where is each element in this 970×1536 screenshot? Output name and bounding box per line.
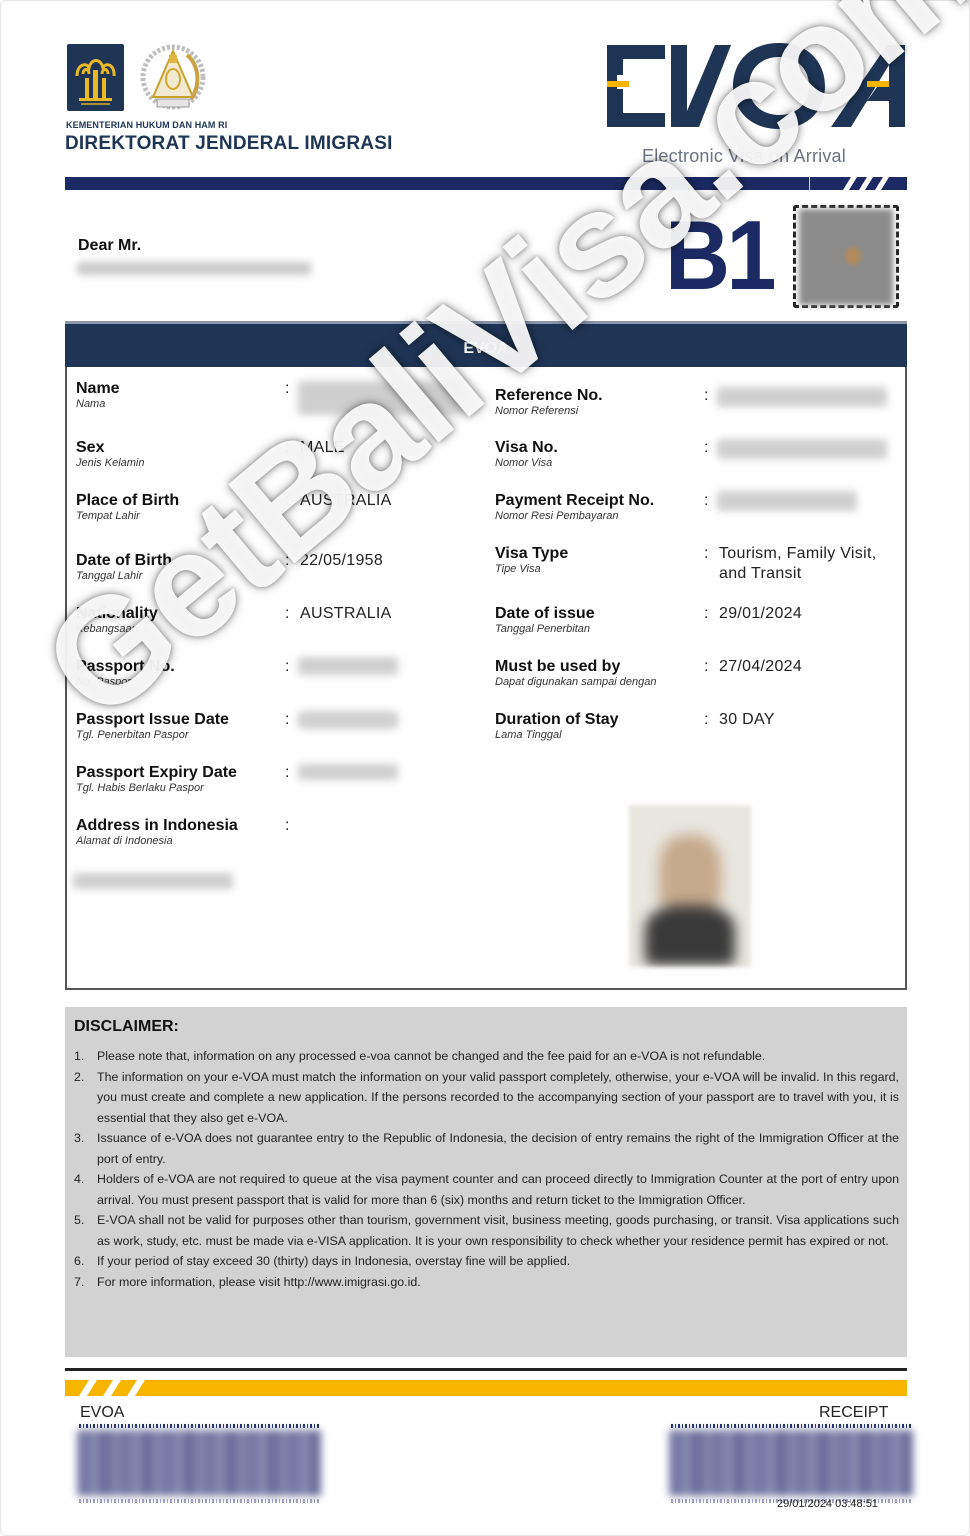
document-page: KEMENTERIAN HUKUM DAN HAM RI DIREKTORAT … [0, 0, 970, 1536]
field-label: Passport Expiry Date [76, 764, 237, 782]
evoa-tagline: Electronic Visa on Arrival [642, 146, 846, 167]
disclaimer-item-number: 7. [74, 1272, 84, 1293]
qr-code [793, 205, 899, 308]
field-label: Date of issue [495, 605, 595, 623]
field-must-be-used-by: Must be used byDapat digunakan sampai de… [495, 658, 656, 689]
stripes-icon [65, 1380, 165, 1396]
field-colon: : [704, 545, 708, 563]
field-value: AUSTRALIA [300, 491, 392, 511]
disclaimer-title: DISCLAIMER: [74, 1018, 179, 1036]
field-place-of-birth: Place of BirthTempat Lahir [76, 492, 179, 523]
receipt-barcode-label: RECEIPT [819, 1404, 888, 1422]
field-visa-no: Visa No.Nomor Visa [495, 439, 558, 470]
qr-center-mark [845, 247, 861, 265]
field-sublabel: Nama [76, 398, 120, 411]
field-label: Passport Issue Date [76, 711, 229, 729]
visa-class-code: B1 [665, 206, 773, 304]
field-colon: : [285, 658, 289, 676]
disclaimer-item-text: If your period of stay exceed 30 (thirty… [97, 1254, 570, 1268]
field-passport-expiry-date: Passport Expiry DateTgl. Habis Berlaku P… [76, 764, 237, 795]
field-name: NameNama [76, 380, 120, 411]
disclaimer-item-number: 6. [74, 1251, 84, 1272]
imigrasi-emblem-icon [135, 41, 211, 113]
disclaimer-item-number: 4. [74, 1169, 84, 1190]
disclaimer-item: 2.The information on your e-VOA must mat… [74, 1067, 899, 1129]
field-sex: SexJenis Kelamin [76, 439, 144, 470]
barcode-top-ticks [79, 1424, 319, 1428]
field-date-of-birth: Date of BirthTanggal Lahir [76, 552, 172, 583]
photo-body-redacted [645, 905, 735, 965]
disclaimer-item-number: 2. [74, 1067, 84, 1088]
disclaimer-item-number: 3. [74, 1128, 84, 1149]
photo-face-redacted [659, 835, 721, 915]
field-label: Nationality [76, 605, 158, 623]
field-label: Name [76, 380, 120, 398]
field-label: Must be used by [495, 658, 656, 676]
field-sublabel: Tanggal Lahir [76, 570, 172, 583]
field-colon: : [285, 711, 289, 729]
field-value-redacted [73, 873, 233, 889]
disclaimer-item: 7.For more information, please visit htt… [74, 1272, 899, 1293]
field-date-of-issue: Date of issueTanggal Penerbitan [495, 605, 595, 636]
footer-band [65, 1380, 907, 1396]
field-colon: : [704, 711, 708, 729]
field-reference-no: Reference No.Nomor Referensi [495, 387, 603, 418]
field-value: 27/04/2024 [719, 657, 802, 677]
disclaimer-item-text: The information on your e-VOA must match… [97, 1070, 899, 1125]
field-value: MALE [300, 438, 345, 458]
field-value-redacted [717, 491, 857, 511]
receipt-timestamp: 29/01/2024 03:48:51 [777, 1498, 878, 1510]
field-value-redacted [717, 439, 887, 459]
field-sublabel: Tempat Lahir [76, 510, 179, 523]
disclaimer-item: 4.Holders of e-VOA are not required to q… [74, 1169, 899, 1210]
field-sublabel: Tgl. Habis Berlaku Paspor [76, 782, 237, 795]
kemenkumham-emblem-icon [67, 44, 124, 111]
field-sublabel: Lama Tinggal [495, 729, 619, 742]
disclaimer-list: 1.Please note that, information on any p… [74, 1046, 899, 1292]
evoa-logo [605, 41, 907, 131]
field-sublabel: Dapat digunakan sampai dengan [495, 676, 656, 689]
field-passport-no: Passport No.No. Paspor [76, 658, 175, 689]
field-value-redacted [717, 387, 887, 407]
disclaimer-box: DISCLAIMER: 1.Please note that, informat… [65, 1007, 907, 1357]
field-sublabel: Nomor Resi Pembayaran [495, 510, 654, 523]
band-divider [809, 177, 810, 190]
ministry-name: KEMENTERIAN HUKUM DAN HAM RI [66, 120, 227, 130]
applicant-photo [629, 805, 751, 967]
field-nationality: NationalityKebangsaan [76, 605, 158, 636]
field-sublabel: Nomor Visa [495, 457, 558, 470]
field-sublabel: Tgl. Penerbitan Paspor [76, 729, 229, 742]
disclaimer-item: 1.Please note that, information on any p… [74, 1046, 899, 1067]
field-label: Visa Type [495, 545, 568, 563]
field-label: Duration of Stay [495, 711, 619, 729]
field-colon: : [704, 439, 708, 457]
disclaimer-item-text: For more information, please visit http:… [97, 1275, 421, 1289]
field-label: Payment Receipt No. [495, 492, 654, 510]
field-visa-type: Visa TypeTipe Visa [495, 545, 568, 576]
field-sublabel: Alamat di Indonesia [76, 835, 238, 848]
disclaimer-item-number: 5. [74, 1210, 84, 1231]
stripes-icon [835, 177, 895, 190]
barcode-top-ticks [671, 1424, 911, 1428]
field-value-redacted [298, 381, 464, 415]
disclaimer-item: 6.If your period of stay exceed 30 (thir… [74, 1251, 899, 1272]
field-sublabel: Nomor Referensi [495, 405, 603, 418]
visa-details-card: EVOA [65, 321, 907, 990]
directorate-name: DIREKTORAT JENDERAL IMIGRASI [65, 133, 393, 155]
disclaimer-item-text: Issuance of e-VOA does not guarantee ent… [97, 1131, 899, 1166]
field-label: Address in Indonesia [76, 817, 238, 835]
disclaimer-item: 5.E-VOA shall not be valid for purposes … [74, 1210, 899, 1251]
field-colon: : [285, 764, 289, 782]
field-sublabel: Tipe Visa [495, 563, 568, 576]
field-colon: : [285, 492, 289, 510]
field-colon: : [285, 439, 289, 457]
field-value: 22/05/1958 [300, 551, 383, 571]
barcode-redacted [669, 1430, 913, 1496]
field-colon: : [285, 817, 289, 835]
field-colon: : [285, 552, 289, 570]
field-value: 29/01/2024 [719, 604, 802, 624]
field-value-redacted [298, 764, 398, 780]
field-sublabel: Jenis Kelamin [76, 457, 144, 470]
field-sublabel: Kebangsaan [76, 623, 158, 636]
field-label: Date of Birth [76, 552, 172, 570]
field-duration-of-stay: Duration of StayLama Tinggal [495, 711, 619, 742]
field-payment-receipt-no: Payment Receipt No.Nomor Resi Pembayaran [495, 492, 654, 523]
field-label: Visa No. [495, 439, 558, 457]
barcode-redacted [77, 1430, 321, 1496]
barcode-bottom-ticks [79, 1499, 319, 1503]
field-value: 30 DAY [719, 710, 775, 730]
field-value: Tourism, Family Visit, and Transit [719, 544, 904, 584]
header-band [65, 177, 907, 190]
field-sublabel: Tanggal Penerbitan [495, 623, 595, 636]
field-value-redacted [298, 657, 398, 675]
field-label: Passport No. [76, 658, 175, 676]
field-label: Reference No. [495, 387, 603, 405]
disclaimer-item: 3.Issuance of e-VOA does not guarantee e… [74, 1128, 899, 1169]
field-label: Sex [76, 439, 144, 457]
field-colon: : [285, 380, 289, 398]
field-label: Place of Birth [76, 492, 179, 510]
field-sublabel: No. Paspor [76, 676, 175, 689]
field-colon: : [704, 387, 708, 405]
evoa-barcode-label: EVOA [80, 1404, 124, 1422]
recipient-name-redacted [77, 262, 311, 275]
disclaimer-item-text: E-VOA shall not be valid for purposes ot… [97, 1213, 899, 1248]
disclaimer-item-number: 1. [74, 1046, 84, 1067]
card-title: EVOA [65, 321, 907, 367]
field-colon: : [704, 605, 708, 623]
field-colon: : [285, 605, 289, 623]
evoa-barcode [79, 1424, 319, 1504]
salutation: Dear Mr. [78, 237, 141, 255]
field-value-redacted [298, 711, 398, 729]
field-colon: : [704, 492, 708, 510]
receipt-barcode [671, 1424, 911, 1504]
footer-divider [65, 1368, 907, 1371]
field-value: AUSTRALIA [300, 604, 392, 624]
field-colon: : [704, 658, 708, 676]
field-passport-issue-date: Passport Issue DateTgl. Penerbitan Paspo… [76, 711, 229, 742]
disclaimer-item-text: Holders of e-VOA are not required to que… [97, 1172, 899, 1207]
field-address-in-indonesia: Address in IndonesiaAlamat di Indonesia [76, 817, 238, 848]
disclaimer-item-text: Please note that, information on any pro… [97, 1049, 765, 1063]
